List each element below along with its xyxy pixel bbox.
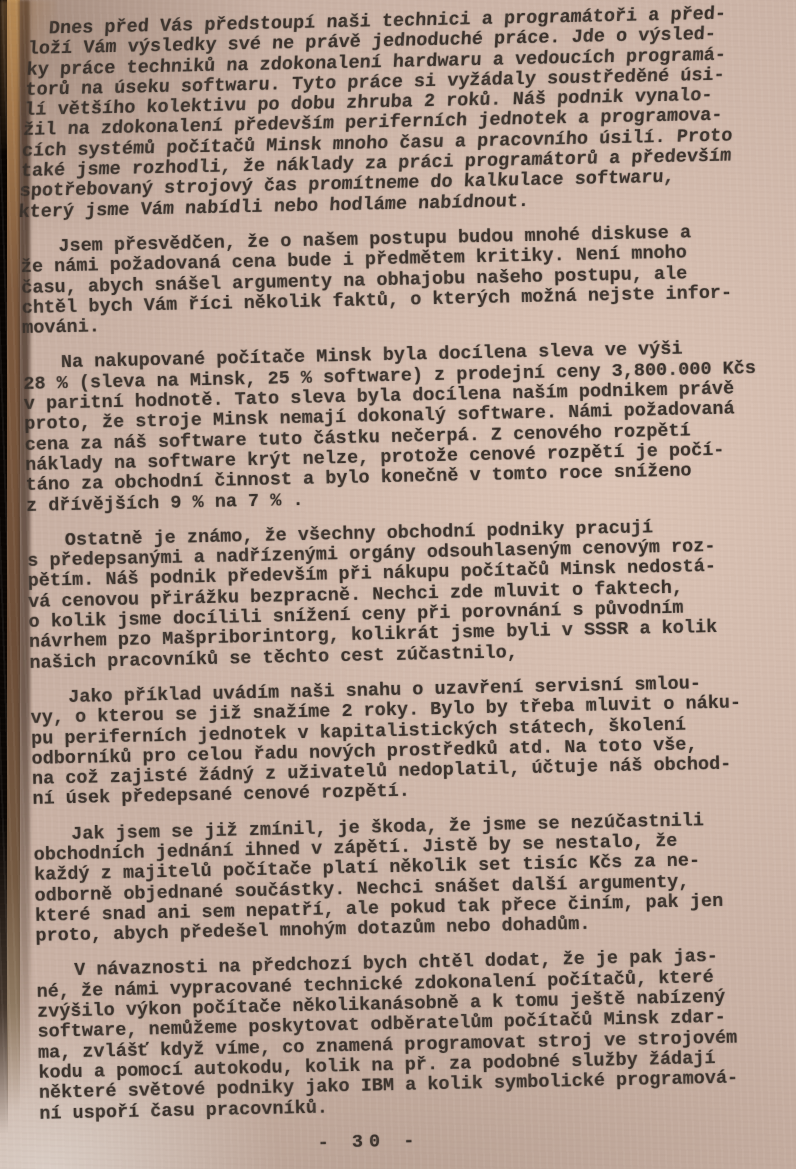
page-number: - 30 - bbox=[40, 1123, 796, 1160]
paragraph-2: Jsem přesvědčen, že o našem postupu budo… bbox=[20, 221, 780, 339]
paragraph-1: Dnes před Vás předstoupí naši technici a… bbox=[4, 4, 773, 224]
paragraph-6: Jak jsem se již zmínil, je škoda, že jsm… bbox=[33, 809, 793, 947]
typewritten-text: Dnes před Vás předstoupí naši technici a… bbox=[15, 4, 796, 1160]
paragraph-4: Ostatně je známo, že všechny obchodní po… bbox=[27, 515, 788, 674]
book-page-scan: Dnes před Vás předstoupí naši technici a… bbox=[0, 0, 796, 1169]
paragraph-7: V návaznosti na předchozí bych chtěl dod… bbox=[36, 946, 796, 1125]
paragraph-3: Na nakupované počítače Minsk byla docíle… bbox=[23, 338, 784, 517]
paragraph-5: Jako příklad uvádím naši snahu o uzavřen… bbox=[30, 672, 790, 810]
